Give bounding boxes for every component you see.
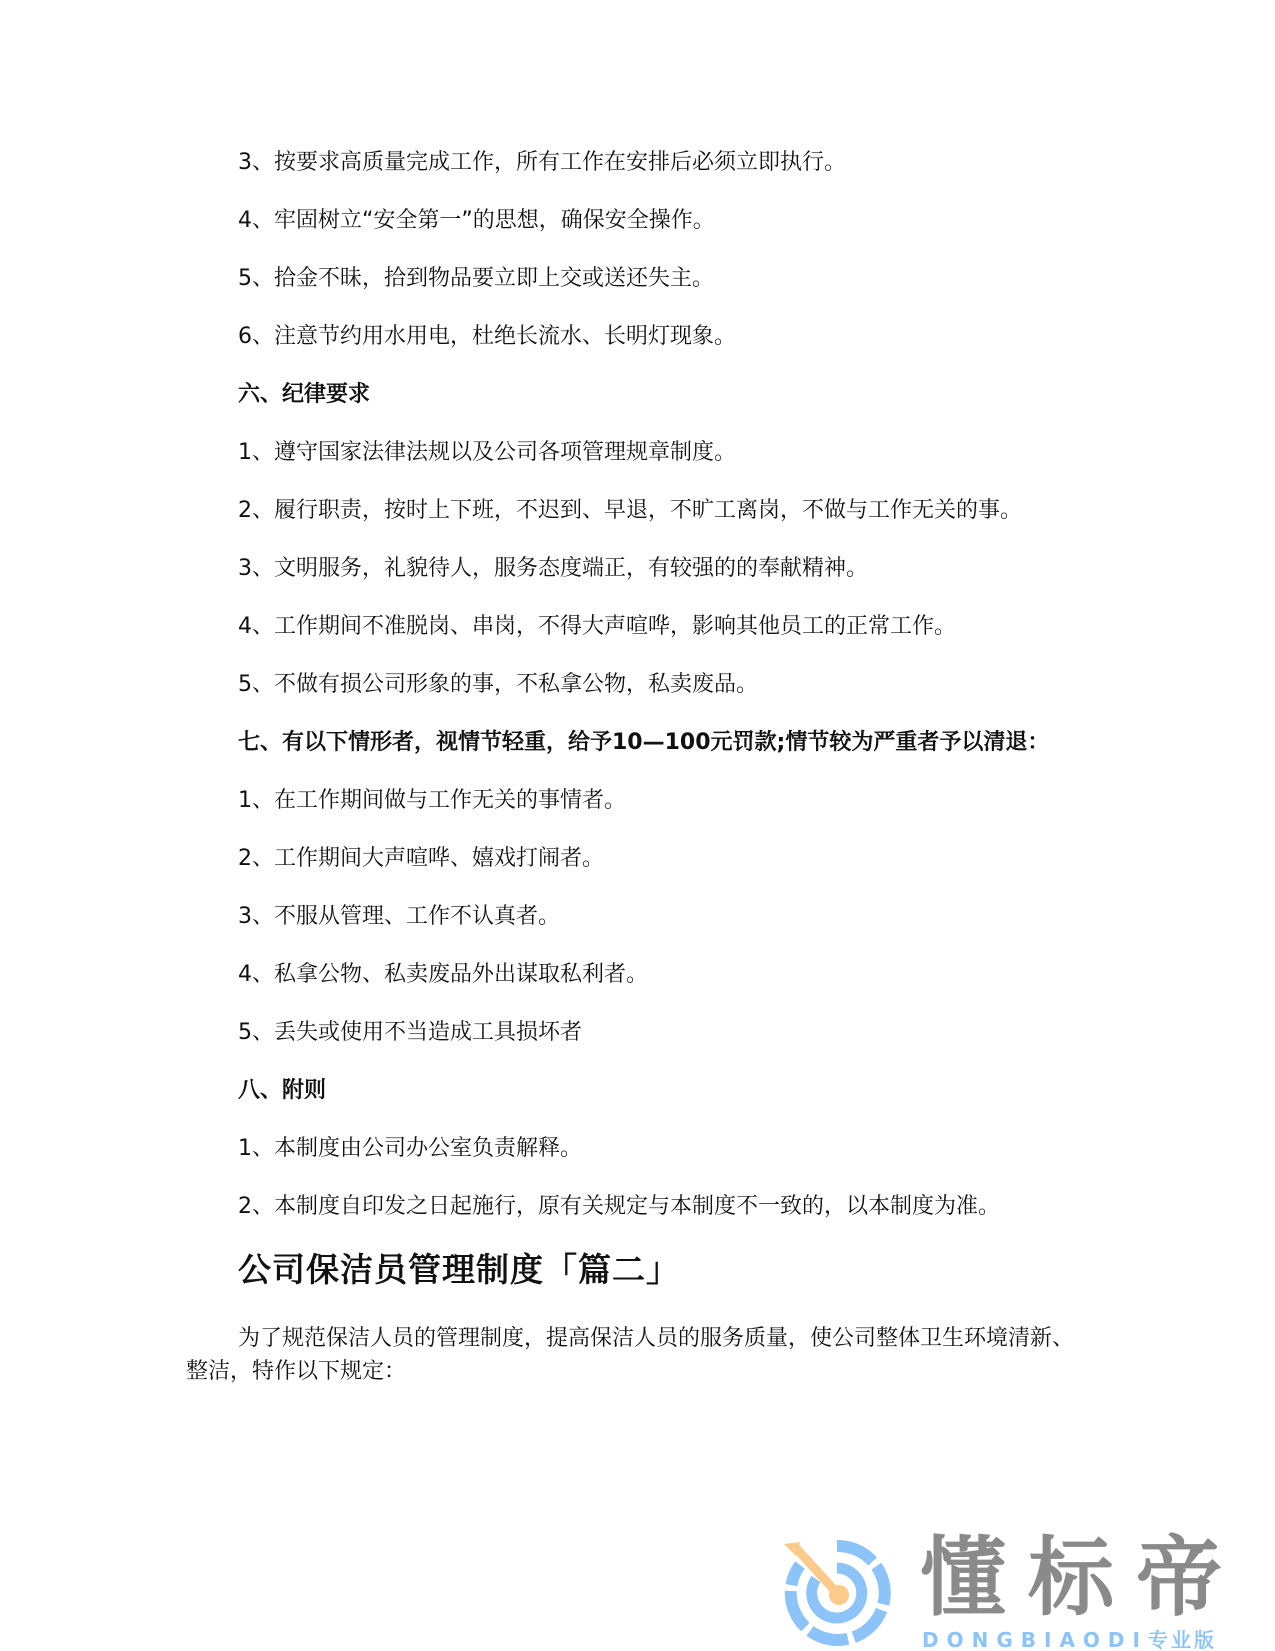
paragraph: 2、履行职责，按时上下班，不迟到、早退，不旷工离岗，不做与工作无关的事。: [186, 494, 1080, 527]
section-heading: 八、附则: [186, 1074, 1080, 1107]
paragraph: 3、不服从管理、工作不认真者。: [186, 900, 1080, 933]
watermark-logo: 懂标帝 DONGBIAODI专业版: [770, 1528, 1270, 1651]
paragraph: 5、丢失或使用不当造成工具损坏者: [186, 1016, 1080, 1049]
paragraph: 1、本制度由公司办公室负责解释。: [186, 1132, 1080, 1165]
brand-name-cn: 懂标帝: [920, 1528, 1244, 1628]
paragraph: 3、按要求高质量完成工作，所有工作在安排后必须立即执行。: [186, 146, 1080, 179]
paragraph: 5、不做有损公司形象的事，不私拿公物，私卖废品。: [186, 668, 1080, 701]
paragraph: 6、注意节约用水用电，杜绝长流水、长明灯现象。: [186, 320, 1080, 353]
edition-label: 专业版: [1148, 1628, 1217, 1651]
paragraph: 1、在工作期间做与工作无关的事情者。: [186, 784, 1080, 817]
section-heading: 六、纪律要求: [186, 378, 1080, 411]
section-heading: 七、有以下情形者，视情节轻重，给予10—100元罚款;情节较为严重者予以清退：: [186, 726, 1080, 759]
article-title: 公司保洁员管理制度「篇二」: [186, 1248, 1080, 1292]
brand-name-en: DONGBIAODI专业版: [922, 1628, 1217, 1651]
target-arrow-icon: [782, 1538, 892, 1648]
paragraph: 4、私拿公物、私卖废品外出谋取私利者。: [186, 958, 1080, 991]
paragraph: 2、本制度自印发之日起施行，原有关规定与本制度不一致的，以本制度为准。: [186, 1190, 1080, 1223]
paragraph: 2、工作期间大声喧哗、嬉戏打闹者。: [186, 842, 1080, 875]
paragraph: 3、文明服务，礼貌待人，服务态度端正，有较强的的奉献精神。: [186, 552, 1080, 585]
paragraph: 1、遵守国家法律法规以及公司各项管理规章制度。: [186, 436, 1080, 469]
document-page: 3、按要求高质量完成工作，所有工作在安排后必须立即执行。 4、牢固树立“安全第一…: [0, 0, 1275, 1651]
intro-paragraph: 为了规范保洁人员的管理制度，提高保洁人员的服务质量，使公司整体卫生环境清新、整洁…: [186, 1322, 1080, 1388]
brand-en-text: DONGBIAODI: [922, 1628, 1148, 1651]
document-body: 3、按要求高质量完成工作，所有工作在安排后必须立即执行。 4、牢固树立“安全第一…: [186, 146, 1080, 1413]
paragraph: 5、拾金不昧，拾到物品要立即上交或送还失主。: [186, 262, 1080, 295]
paragraph: 4、牢固树立“安全第一”的思想，确保安全操作。: [186, 204, 1080, 237]
paragraph: 4、工作期间不准脱岗、串岗，不得大声喧哗，影响其他员工的正常工作。: [186, 610, 1080, 643]
